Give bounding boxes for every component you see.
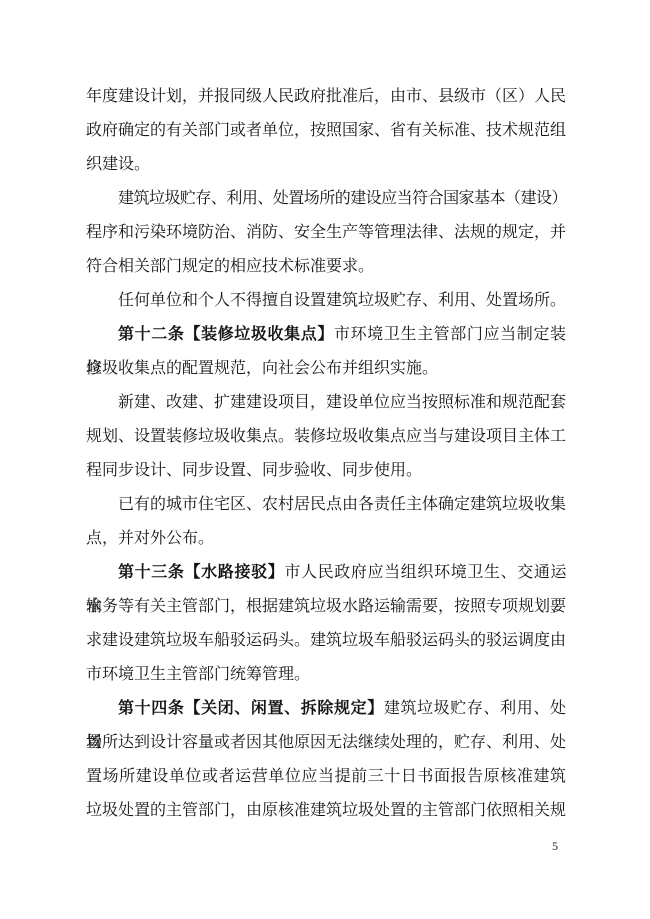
text-line: 水务等有关主管部门，根据建筑垃圾水路运输需要，按照专项规划要: [86, 590, 566, 624]
text-line: 织建设。: [86, 148, 566, 182]
clause-heading: 第十四条【关闭、闲置、拆除规定】: [118, 700, 384, 717]
text-line: 规划、设置装修垃圾收集点。装修垃圾收集点应当与建设项目主体工: [86, 420, 566, 454]
text-line: 年度建设计划，并报同级人民政府批准后，由市、县级市（区）人民: [86, 80, 566, 114]
text-line: 新建、改建、扩建建设项目，建设单位应当按照标准和规范配套: [86, 386, 566, 420]
clause-heading: 第十二条【装修垃圾收集点】: [118, 326, 334, 343]
text-line: 任何单位和个人不得擅自设置建筑垃圾贮存、利用、处置场所。: [86, 284, 566, 318]
text-line: 第十三条【水路接驳】市人民政府应当组织环境卫生、交通运输、: [86, 556, 566, 590]
text-line: 置场所建设单位或者运营单位应当提前三十日书面报告原核准建筑: [86, 760, 566, 794]
text-line: 已有的城市住宅区、农村居民点由各责任主体确定建筑垃圾收集: [86, 488, 566, 522]
text-line: 政府确定的有关部门或者单位，按照国家、省有关标准、技术规范组: [86, 114, 566, 148]
text-line: 建筑垃圾贮存、利用、处置场所的建设应当符合国家基本（建设）: [86, 182, 566, 216]
text-line: 垃圾处置的主管部门，由原核准建筑垃圾处置的主管部门依照相关规: [86, 794, 566, 828]
text-line: 场所达到设计容量或者因其他原因无法继续处理的，贮存、利用、处: [86, 726, 566, 760]
document-lines: 年度建设计划，并报同级人民政府批准后，由市、县级市（区）人民政府确定的有关部门或…: [86, 80, 566, 828]
text-line: 求建设建筑垃圾车船驳运码头。建筑垃圾车船驳运码头的驳运调度由: [86, 624, 566, 658]
text-line: 市环境卫生主管部门统筹管理。: [86, 658, 566, 692]
text-line: 符合相关部门规定的相应技术标准要求。: [86, 250, 566, 284]
document-page: 年度建设计划，并报同级人民政府批准后，由市、县级市（区）人民政府确定的有关部门或…: [0, 0, 650, 919]
text-line: 第十四条【关闭、闲置、拆除规定】建筑垃圾贮存、利用、处置: [86, 692, 566, 726]
text-line: 程序和污染环境防治、消防、安全生产等管理法律、法规的规定，并: [86, 216, 566, 250]
page-number: 5: [86, 836, 558, 856]
text-line: 第十二条【装修垃圾收集点】市环境卫生主管部门应当制定装修: [86, 318, 566, 352]
text-line: 点，并对外公布。: [86, 522, 566, 556]
text-line: 程同步设计、同步设置、同步验收、同步使用。: [86, 454, 566, 488]
text-line: 垃圾收集点的配置规范，向社会公布并组织实施。: [86, 352, 566, 386]
clause-heading: 第十三条【水路接驳】: [118, 564, 284, 581]
